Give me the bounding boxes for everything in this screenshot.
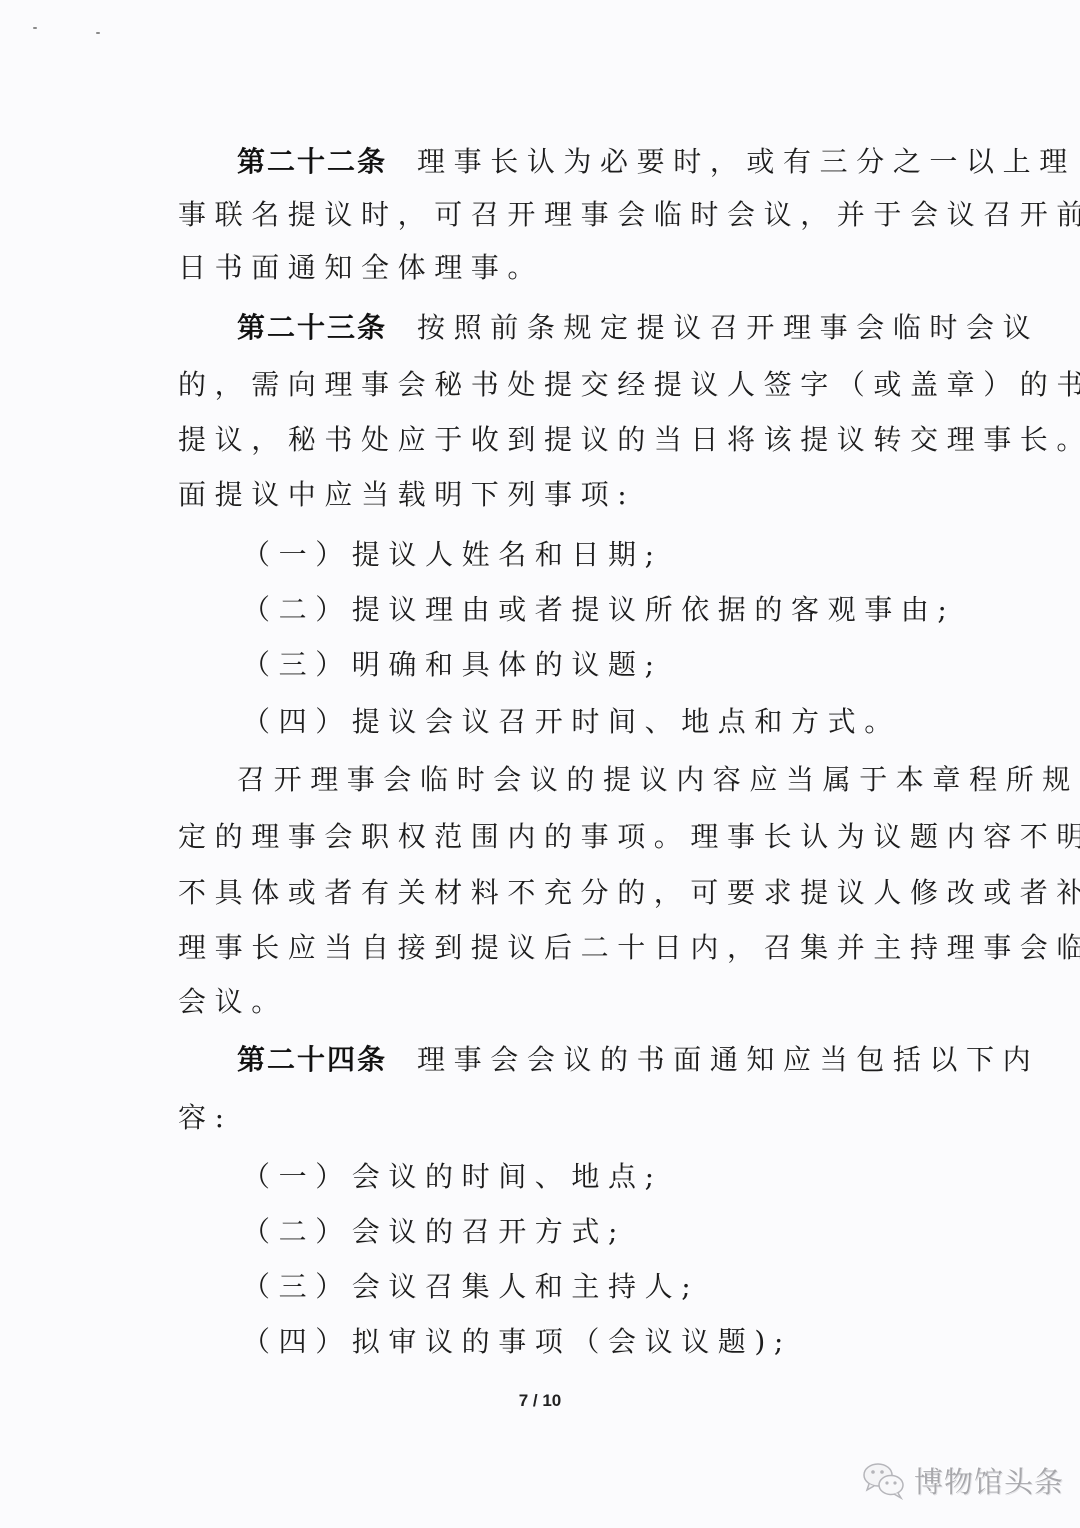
article-23-paragraph-line-5: 会议。 bbox=[178, 984, 288, 1020]
article-24-item-3: （三）会议召集人和主持人; bbox=[242, 1269, 699, 1305]
watermark-text: 博物馆头条 bbox=[914, 1460, 1064, 1501]
article-23-item-4: （四）提议会议召开时间、地点和方式。 bbox=[242, 704, 901, 740]
article-24-line-1: 第二十四条理事会会议的书面通知应当包括以下内 bbox=[237, 1042, 1039, 1078]
article-24-title: 第二十四条 bbox=[237, 1043, 387, 1076]
article-23-paragraph-line-2: 定的理事会职权范围内的事项。理事长认为议题内容不明确、 bbox=[178, 819, 1080, 855]
article-text: 理事会会议的书面通知应当包括以下内 bbox=[417, 1043, 1039, 1076]
article-23-paragraph-line-1: 召开理事会临时会议的提议内容应当属于本章程所规 bbox=[237, 762, 1079, 798]
article-text: 理事长认为必要时，或有三分之一以上理 bbox=[417, 145, 1076, 178]
article-24-item-4: （四）拟审议的事项（会议议题); bbox=[242, 1324, 792, 1360]
article-24-line-2: 容: bbox=[178, 1100, 233, 1136]
article-22-line-2: 事联名提议时，可召开理事会临时会议，并于会议召开前五 bbox=[178, 197, 1080, 233]
watermark: 博物馆头条 bbox=[862, 1458, 1064, 1502]
article-23-item-2: （二）提议理由或者提议所依据的客观事由; bbox=[242, 592, 955, 628]
article-23-line-4: 面提议中应当载明下列事项: bbox=[178, 477, 635, 513]
article-22-title: 第二十二条 bbox=[237, 145, 387, 178]
article-23-title: 第二十三条 bbox=[237, 311, 387, 344]
article-23-line-3: 提议，秘书处应于收到提议的当日将该提议转交理事长。书 bbox=[178, 422, 1080, 458]
article-24-item-1: （一）会议的时间、地点; bbox=[242, 1159, 663, 1195]
article-23-item-1: （一）提议人姓名和日期; bbox=[242, 537, 663, 573]
article-23-line-1: 第二十三条按照前条规定提议召开理事会临时会议 bbox=[237, 310, 1039, 346]
article-text: 按照前条规定提议召开理事会临时会议 bbox=[417, 311, 1039, 344]
article-24-item-2: （二）会议的召开方式; bbox=[242, 1214, 626, 1250]
article-23-paragraph-line-4: 理事长应当自接到提议后二十日内，召集并主持理事会临时 bbox=[178, 930, 1080, 966]
document-page: 第二十二条理事长认为必要时，或有三分之一以上理 事联名提议时，可召开理事会临时会… bbox=[0, 0, 1080, 1528]
article-23-paragraph-line-3: 不具体或者有关材料不充分的，可要求提议人修改或者补充。 bbox=[178, 875, 1080, 911]
wechat-icon bbox=[862, 1460, 906, 1500]
page-number: 7 / 10 bbox=[0, 1391, 1080, 1411]
article-22-line-1: 第二十二条理事长认为必要时，或有三分之一以上理 bbox=[237, 144, 1076, 180]
article-23-line-2: 的，需向理事会秘书处提交经提议人签字（或盖章）的书面 bbox=[178, 367, 1080, 403]
article-22-line-3: 日书面通知全体理事。 bbox=[178, 250, 544, 286]
article-23-item-3: （三）明确和具体的议题; bbox=[242, 647, 663, 683]
